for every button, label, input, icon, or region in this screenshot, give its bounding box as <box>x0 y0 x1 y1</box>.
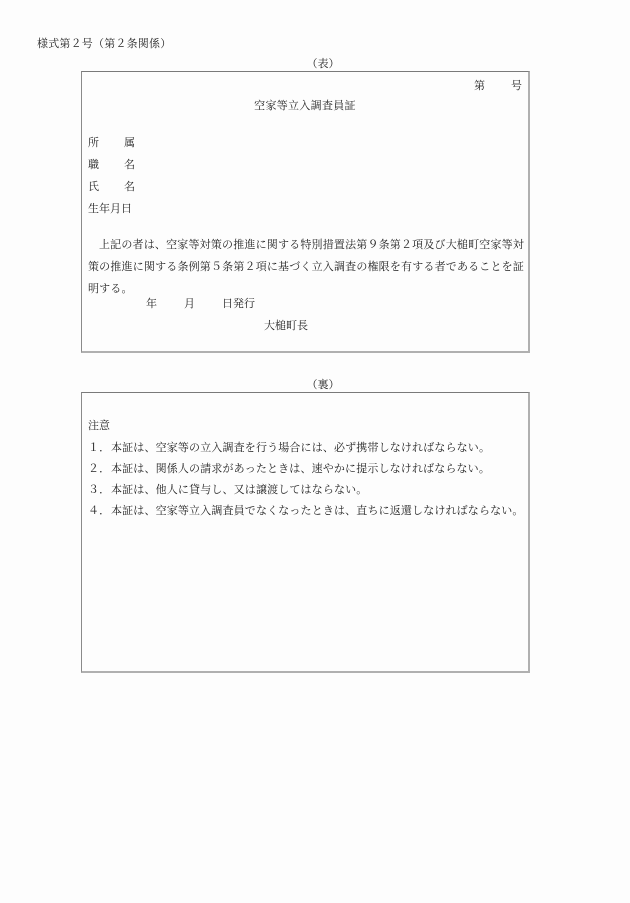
form-number: 様式第２号（第２条関係） <box>37 35 171 51</box>
note-number: ３． <box>88 479 111 500</box>
notes-heading: 注意 <box>88 415 524 437</box>
field-label-part: 職 <box>88 158 124 172</box>
notes-section: 注意 １． 本証は、空家等の立入調査を行う場合には、必ず携帯しなければならない。… <box>88 415 524 521</box>
note-item: １． 本証は、空家等の立入調査を行う場合には、必ず携帯しなければならない。 <box>88 437 524 458</box>
field-label-part: 所 <box>88 136 124 150</box>
issue-month-label: 月 <box>184 295 195 311</box>
note-number: ４． <box>88 500 111 521</box>
note-item: ４． 本証は、空家等立入調査員でなくなったときは、直ちに返還しなければならない。 <box>88 500 524 521</box>
note-number: ２． <box>88 458 111 479</box>
number-prefix: 第 <box>474 77 485 93</box>
certification-text: 上記の者は、空家等対策の推進に関する特別措置法第９条第２項及び大槌町空家等対策の… <box>88 234 524 300</box>
certificate-number-line: 第号 <box>474 77 522 93</box>
id-card-front: 第号 空家等立入調査員証 所属 職名 氏名 生年月日 上記の者は、空家等対策の推… <box>81 71 530 353</box>
holder-fields: 所属 職名 氏名 生年月日 <box>88 136 135 224</box>
field-label-part: 名 <box>124 180 135 193</box>
field-name: 氏名 <box>88 180 135 202</box>
issue-year-label: 年 <box>146 295 157 311</box>
field-label-part: 名 <box>124 158 135 171</box>
field-label: 生年月日 <box>88 202 132 215</box>
issuer: 大槌町長 <box>264 317 308 333</box>
field-label-part: 氏 <box>88 180 124 194</box>
id-card-back: 注意 １． 本証は、空家等の立入調査を行う場合には、必ず携帯しなければならない。… <box>81 392 530 673</box>
note-text: 本証は、他人に貸与し、又は譲渡してはならない。 <box>111 479 524 500</box>
note-item: ２． 本証は、関係人の請求があったときは、速やかに提示しなければならない。 <box>88 458 524 479</box>
note-text: 本証は、空家等立入調査員でなくなったときは、直ちに返還しなければならない。 <box>111 500 524 521</box>
note-text: 本証は、空家等の立入調査を行う場合には、必ず携帯しなければならない。 <box>111 437 524 458</box>
field-birthdate: 生年月日 <box>88 202 135 224</box>
front-side-label: （表） <box>8 55 630 71</box>
field-label-part: 属 <box>124 136 135 149</box>
note-item: ３． 本証は、他人に貸与し、又は譲渡してはならない。 <box>88 479 524 500</box>
issue-day-label: 日発行 <box>222 295 255 311</box>
back-side-label: （裏） <box>8 376 630 392</box>
note-text: 本証は、関係人の請求があったときは、速やかに提示しなければならない。 <box>111 458 524 479</box>
field-affiliation: 所属 <box>88 136 135 158</box>
number-suffix: 号 <box>511 77 522 93</box>
issue-date: 年月日発行 <box>146 295 255 311</box>
note-number: １． <box>88 437 111 458</box>
card-title: 空家等立入調査員証 <box>82 97 528 113</box>
field-position: 職名 <box>88 158 135 180</box>
